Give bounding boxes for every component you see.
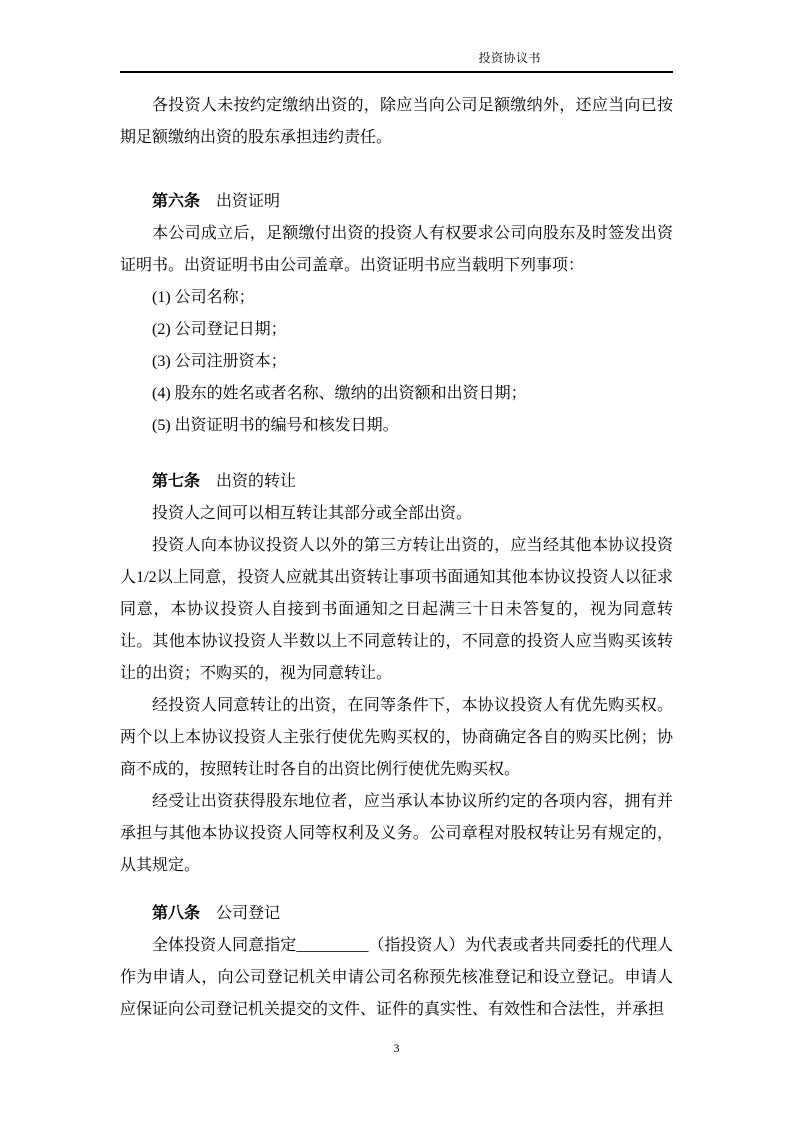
article8-number: 第八条 — [152, 905, 200, 922]
article6-number: 第六条 — [152, 193, 200, 210]
article7-paragraph-3: 经投资人同意转让的出资，在同等条件下，本协议投资人有优先购买权。两个以上本协议投… — [120, 690, 673, 786]
article6-list-item-5: (5) 出资证明书的编号和核发日期。 — [120, 410, 673, 442]
header-title: 投资协议书 — [478, 50, 541, 66]
page-footer: 3 — [0, 1040, 793, 1056]
article6-list-item-1: (1) 公司名称； — [120, 282, 673, 314]
article7-paragraph-2: 投资人向本协议投资人以外的第三方转让出资的，应当经其他本协议投资人1/2以上同意… — [120, 530, 673, 690]
article6-list-item-4: (4) 股东的姓名或者名称、缴纳的出资额和出资日期； — [120, 378, 673, 410]
article7-paragraph-1: 投资人之间可以相互转让其部分或全部出资。 — [120, 498, 673, 530]
intro-paragraph: 各投资人未按约定缴纳出资的，除应当向公司足额缴纳外，还应当向已按期足额缴纳出资的… — [120, 90, 673, 154]
section-spacer — [120, 154, 673, 186]
document-page: 投资协议书 各投资人未按约定缴纳出资的，除应当向公司足额缴纳外，还应当向已按期足… — [0, 0, 793, 1122]
article6-paragraph: 本公司成立后，足额缴付出资的投资人有权要求公司向股东及时签发出资证明书。出资证明… — [120, 218, 673, 282]
article8-paragraph: 全体投资人同意指定_________（指投资人）为代表或者共同委托的代理人作为申… — [120, 930, 673, 1026]
article8-heading: 第八条公司登记 — [120, 898, 673, 930]
article7-heading: 第七条出资的转让 — [120, 466, 673, 498]
article6-list-item-3: (3) 公司注册资本； — [120, 346, 673, 378]
page-number: 3 — [394, 1041, 400, 1055]
article6-heading: 第六条出资证明 — [120, 186, 673, 218]
document-content: 各投资人未按约定缴纳出资的，除应当向公司足额缴纳外，还应当向已按期足额缴纳出资的… — [120, 90, 673, 1026]
page-header: 投资协议书 — [120, 50, 673, 73]
article7-number: 第七条 — [152, 473, 200, 490]
section-spacer — [120, 882, 673, 898]
article8-title: 公司登记 — [216, 905, 280, 922]
section-spacer — [120, 442, 673, 466]
article7-title: 出资的转让 — [216, 473, 296, 490]
article6-title: 出资证明 — [216, 193, 280, 210]
article6-list-item-2: (2) 公司登记日期； — [120, 314, 673, 346]
article7-paragraph-4: 经受让出资获得股东地位者，应当承认本协议所约定的各项内容，拥有并承担与其他本协议… — [120, 786, 673, 882]
